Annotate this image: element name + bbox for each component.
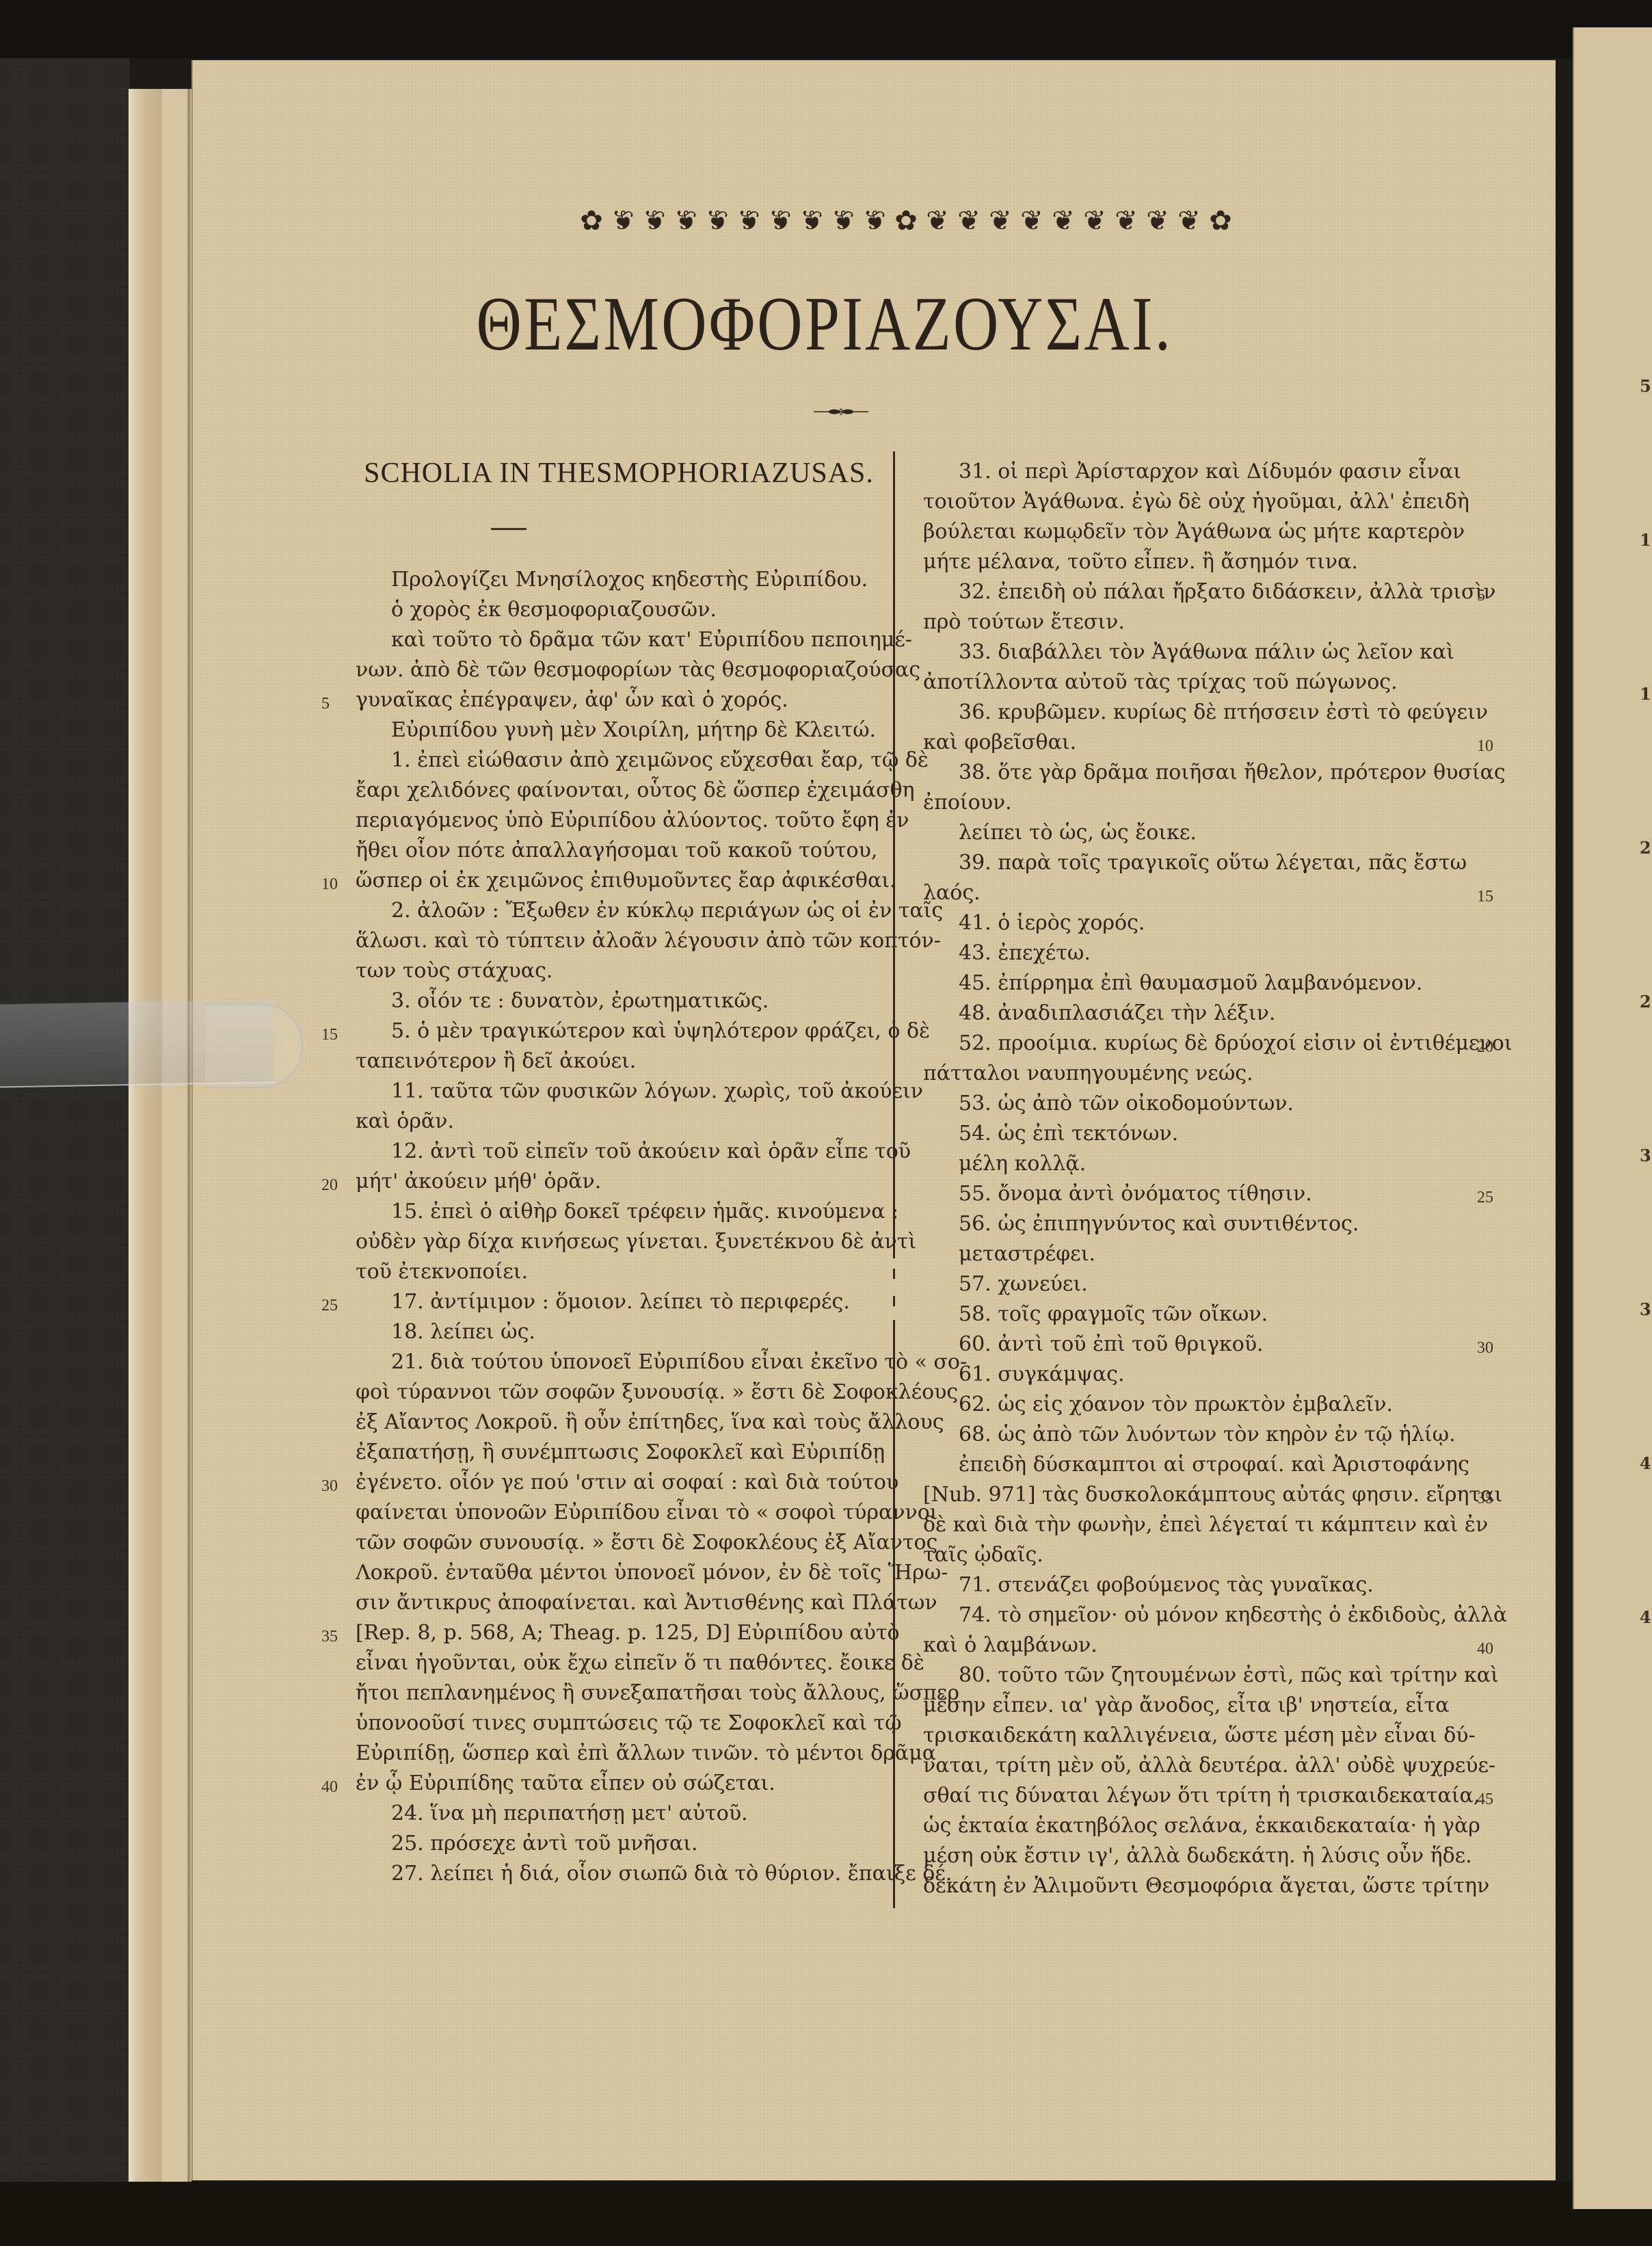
- text-line: 33. διαβάλλει τὸν Ἀγάθωνα πάλιν ὡς λεῖον…: [923, 637, 1470, 668]
- line-number: 10: [321, 875, 338, 894]
- text-line: 24. ἵνα μὴ περιπατήσῃ μετ' αὐτοῦ.: [356, 1799, 896, 1829]
- book-cover-cloth: [0, 0, 130, 2246]
- line-number: 5: [1477, 587, 1485, 605]
- text-line: 45. ἐπίρρημα ἐπὶ θαυμασμοῦ λαμβανόμενον.: [923, 968, 1470, 999]
- text-line: 27. λείπει ἡ διά, οἷον σιωπῶ διὰ τὸ θύρι…: [356, 1859, 896, 1889]
- line-number: 20: [321, 1176, 338, 1195]
- line-number: 40: [1477, 1640, 1493, 1659]
- fleuron-icon: ❦: [985, 205, 1015, 237]
- text-line: σιν ἄντικρυς ἀποφαίνεται. καὶ Ἀντισθένης…: [356, 1588, 896, 1618]
- text-line: 12. ἀντὶ τοῦ εἰπεῖν τοῦ ἀκούειν καὶ ὁρᾶν…: [356, 1137, 896, 1167]
- fleuron-icon: ❦: [1174, 205, 1204, 237]
- text-line: μήτε μέλανα, τοῦτο εἶπεν. ἢ ἄσημόν τινα.: [923, 547, 1470, 577]
- text-line: μέση οὐκ ἔστιν ιγ', ἀλλὰ δωδεκάτη. ἡ λύσ…: [923, 1841, 1470, 1871]
- fleuron-icon: ❦: [1017, 205, 1047, 237]
- fleuron-icon: ❦: [1111, 205, 1141, 237]
- facing-line-number: 35: [1640, 1299, 1652, 1319]
- text-line: καὶ ὁρᾶν.: [356, 1107, 896, 1137]
- text-line: [Rep. 8, p. 568, A; Theag. p. 125, D] Εὐ…: [356, 1618, 896, 1648]
- text-line: 15. ἐπεὶ ὁ αἰθὴρ δοκεῖ τρέφειν ἡμᾶς. κιν…: [356, 1197, 896, 1227]
- text-line: 41. ὁ ἱερὸς χορός.: [923, 908, 1470, 938]
- gutter-line: [191, 60, 193, 2180]
- text-line: πρὸ τούτων ἔτεσιν.: [923, 607, 1470, 637]
- text-line: σθαί τις δύναται λέγων ὅτι τρίτη ἡ τρισκ…: [923, 1781, 1470, 1811]
- text-line: [Nub. 971] τὰς δυσκολοκάμπτους αὐτάς φησ…: [923, 1480, 1470, 1510]
- text-line: δεκάτη ἐν Ἁλιμοῦντι Θεσμοφόρια ἄγεται, ὥ…: [923, 1871, 1470, 1901]
- text-line: τῶν σοφῶν συνουσίᾳ. » ἔστι δὲ Σοφοκλέους…: [356, 1528, 896, 1558]
- text-line: γυναῖκας ἐπέγραψεν, ἀφ' ὧν καὶ ὁ χορός.: [356, 685, 896, 715]
- column-divider: [893, 451, 895, 1258]
- background-shadow-bottom: [0, 2182, 1652, 2246]
- text-line: ἐν ᾧ Εὐριπίδης ταῦτα εἶπεν οὐ σώζεται.: [356, 1769, 896, 1799]
- fleuron-icon: ❦: [860, 205, 890, 237]
- text-line: ἅλωσι. καὶ τὸ τύπτειν ἀλοᾶν λέγουσιν ἀπὸ…: [356, 926, 896, 956]
- fleuron-icon: ❦: [954, 205, 984, 237]
- text-line: φοὶ τύραννοι τῶν σοφῶν ξυνουσίᾳ. » ἔστι …: [356, 1377, 896, 1408]
- text-line: ἐξ Αἴαντος Λοκροῦ. ἢ οὖν ἐπίτηδες, ἵνα κ…: [356, 1408, 896, 1438]
- text-line: 80. τοῦτο τῶν ζητουμένων ἐστὶ, πῶς καὶ τ…: [923, 1661, 1470, 1691]
- line-number: 30: [1477, 1339, 1493, 1358]
- text-line: 21. διὰ τούτου ὑπονοεῖ Εὐριπίδου εἶναι ἐ…: [356, 1347, 896, 1377]
- text-line: ὁ χορὸς ἐκ θεσμοφοριαζουσῶν.: [356, 595, 896, 625]
- fleuron-icon: ❦: [639, 205, 669, 237]
- text-line: 56. ὡς ἐπιπηγνύντος καὶ συντιθέντος.: [923, 1209, 1470, 1239]
- facing-line-number: 30: [1640, 1146, 1652, 1165]
- fleuron-icon: ❦: [765, 205, 795, 237]
- text-line: βούλεται κωμῳδεῖν τὸν Ἀγάθωνα ὡς μήτε κα…: [923, 517, 1470, 547]
- text-line: πάτταλοι ναυπηγουμένης νεώς.: [923, 1059, 1470, 1089]
- text-line: 53. ὡς ἀπὸ τῶν οἰκοδομούντων.: [923, 1089, 1470, 1119]
- text-line: 43. ἐπεχέτω.: [923, 938, 1470, 968]
- line-number: 45: [1477, 1791, 1493, 1809]
- text-line: 74. τὸ σημεῖον· οὐ μόνον κηδεστὴς ὁ ἐκδι…: [923, 1600, 1470, 1630]
- line-number: 25: [321, 1297, 338, 1315]
- text-line: ναται, τρίτη μὲν οὔ, ἀλλὰ δευτέρα. ἀλλ' …: [923, 1751, 1470, 1781]
- text-line: μεταστρέφει.: [923, 1239, 1470, 1269]
- text-line: λαός.: [923, 878, 1470, 908]
- text-line: 61. συγκάμψας.: [923, 1360, 1470, 1390]
- text-line: των τοὺς στάχυας.: [356, 956, 896, 986]
- facing-line-number: 10: [1640, 530, 1652, 550]
- text-line: ἐπειδὴ δύσκαμπτοι αἱ στροφαί. καὶ Ἀριστο…: [923, 1450, 1470, 1480]
- text-line: ὡς ἑκταία ἑκατηβόλος σελάνα, ἑκκαιδεκατα…: [923, 1811, 1470, 1841]
- text-line: περιαγόμενος ὑπὸ Εὐριπίδου ἀλύοντος. τοῦ…: [356, 806, 896, 836]
- line-number: 20: [1477, 1038, 1493, 1057]
- text-line: ὥσπερ οἱ ἐκ χειμῶνος ἐπιθυμοῦντες ἔαρ ἀφ…: [356, 866, 896, 896]
- text-line: τρισκαιδεκάτη καλλιγένεια, ὥστε μέση μὲν…: [923, 1721, 1470, 1751]
- text-line: 62. ὡς εἰς χόανον τὸν πρωκτὸν ἐμβαλεῖν.: [923, 1390, 1470, 1420]
- text-line: 3. οἷόν τε : δυνατὸν, ἐρωτηματικῶς.: [356, 986, 896, 1016]
- text-line: λείπει τὸ ὡς, ὡς ἔοικε.: [923, 818, 1470, 848]
- rosette-icon: ✿: [891, 205, 921, 237]
- rosette-icon: ✿: [576, 205, 607, 237]
- line-number: 25: [1477, 1189, 1493, 1207]
- text-line: οὐδὲν γὰρ δίχα κινήσεως γίνεται. ξυνετέκ…: [356, 1227, 896, 1257]
- fleuron-icon: ❦: [1080, 205, 1110, 237]
- text-line: 38. ὅτε γὰρ δρᾶμα ποιῆσαι ἤθελον, πρότερ…: [923, 758, 1470, 788]
- text-line: 17. ἀντίμιμον : ὅμοιον. λείπει τὸ περιφε…: [356, 1287, 896, 1317]
- facing-line-number: 15: [1640, 684, 1652, 704]
- text-line: Προλογίζει Μνησίλοχος κηδεστὴς Εὐριπίδου…: [356, 565, 896, 595]
- facing-line-number: 45: [1640, 1607, 1652, 1627]
- text-line: μήτ' ἀκούειν μήθ' ὁρᾶν.: [356, 1167, 896, 1197]
- fleuron-icon: ❦: [797, 205, 827, 237]
- text-line: 31. οἱ περὶ Ἀρίσταρχον καὶ Δίδυμόν φασιν…: [923, 457, 1470, 487]
- column-divider: [893, 1320, 895, 1908]
- text-line: 68. ὡς ἀπὸ τῶν λυόντων τὸν κηρὸν ἐν τῷ ἡ…: [923, 1420, 1470, 1450]
- fleuron-icon: ❦: [1048, 205, 1078, 237]
- page-title: ΘΕΣΜΟΦΟΡΙΑΖΟΥΣΑΙ.: [147, 280, 1502, 369]
- text-line: 71. στενάζει φοβούμενος τὰς γυναῖκας.: [923, 1570, 1470, 1600]
- text-line: Εὐριπίδῃ, ὥσπερ καὶ ἐπὶ ἄλλων τινῶν. τὸ …: [356, 1739, 896, 1769]
- text-line: 54. ὡς ἐπὶ τεκτόνων.: [923, 1119, 1470, 1149]
- text-line: 58. τοῖς φραγμοῖς τῶν οἴκων.: [923, 1299, 1470, 1330]
- background-shadow-top: [0, 0, 1652, 58]
- rosette-icon: ✿: [1205, 205, 1236, 237]
- line-number: 35: [1477, 1490, 1493, 1508]
- ornament-band: ✿❦❦❦❦❦❦❦❦❦✿❦❦❦❦❦❦❦❦❦✿: [362, 204, 1450, 238]
- right-column: 31. οἱ περὶ Ἀρίσταρχον καὶ Δίδυμόν φασιν…: [923, 457, 1470, 1901]
- text-line: τοιοῦτον Ἀγάθωνα. ἐγὼ δὲ οὐχ ἡγοῦμαι, ἀλ…: [923, 487, 1470, 517]
- text-line: καὶ τοῦτο τὸ δρᾶμα τῶν κατ' Εὐριπίδου πε…: [356, 625, 896, 655]
- text-line: μέσην εἶπεν. ια' γὰρ ἄνοδος, εἶτα ιβ' νη…: [923, 1691, 1470, 1721]
- left-column: Προλογίζει Μνησίλοχος κηδεστὴς Εὐριπίδου…: [356, 565, 896, 1889]
- text-line: μέλη κολλᾷ.: [923, 1149, 1470, 1179]
- line-number: 35: [321, 1628, 338, 1646]
- text-line: τοῦ ἐτεκνοποίει.: [356, 1257, 896, 1287]
- text-line: 1. ἐπεὶ εἰώθασιν ἀπὸ χειμῶνος εὔχεσθαι ἔ…: [356, 745, 896, 776]
- text-line: δὲ καὶ διὰ τὴν φωνὴν, ἐπεὶ λέγεταί τι κά…: [923, 1510, 1470, 1540]
- text-line: Εὐριπίδου γυνὴ μὲν Χοιρίλη, μήτηρ δὲ Κλε…: [356, 715, 896, 745]
- text-line: καὶ ὁ λαμβάνων.: [923, 1630, 1470, 1661]
- line-number: 40: [321, 1778, 338, 1797]
- facing-line-number: 5: [1640, 376, 1651, 396]
- text-line: εἶναι ἡγοῦνται, οὐκ ἔχω εἰπεῖν ὅ τι παθό…: [356, 1648, 896, 1678]
- text-line: νων. ἀπὸ δὲ τῶν θεσμοφορίων τὰς θεσμοφορ…: [356, 655, 896, 685]
- text-line: ἐξαπατήσῃ, ἢ συνέμπτωσις Σοφοκλεῖ καὶ Εὐ…: [356, 1438, 896, 1468]
- fleuron-icon: ❦: [1143, 205, 1173, 237]
- text-line: Λοκροῦ. ἐνταῦθα μέντοι ὑπονοεῖ μόνον, ἐν…: [356, 1558, 896, 1588]
- text-line: ἤτοι πεπλανημένος ἢ συνεξαπατῆσαι τοὺς ἄ…: [356, 1678, 896, 1708]
- fleuron-icon: ❦: [828, 205, 858, 237]
- text-line: 5. ὁ μὲν τραγικώτερον καὶ ὑψηλότερον φρά…: [356, 1016, 896, 1046]
- line-number: 15: [1477, 888, 1493, 906]
- title-flourish-icon: [814, 408, 868, 415]
- fleuron-icon: ❦: [608, 205, 638, 237]
- text-line: ταπεινότερον ἢ δεῖ ἀκούει.: [356, 1046, 896, 1076]
- fleuron-icon: ❦: [671, 205, 701, 237]
- text-line: 2. ἀλοῶν : Ἔξωθεν ἐν κύκλῳ περιάγων ὡς ο…: [356, 896, 896, 926]
- section-heading: SCHOLIA IN THESMOPHORIAZUSAS.: [342, 457, 896, 490]
- text-line: ταῖς ᾠδαῖς.: [923, 1540, 1470, 1570]
- facing-line-number: 40: [1640, 1453, 1652, 1473]
- text-line: 57. χωνεύει.: [923, 1269, 1470, 1299]
- column-divider: [893, 1269, 895, 1279]
- text-line: ὑπονοοῦσί τινες συμπτώσεις τῷ τε Σοφοκλε…: [356, 1708, 896, 1739]
- text-line: 25. πρόσεχε ἀντὶ τοῦ μνῆσαι.: [356, 1829, 896, 1859]
- text-line: 11. ταῦτα τῶν φυσικῶν λόγων. χωρὶς, τοῦ …: [356, 1076, 896, 1107]
- text-line: καὶ φοβεῖσθαι.: [923, 728, 1470, 758]
- fleuron-icon: ❦: [734, 205, 764, 237]
- page-edges: [129, 89, 191, 2182]
- fleuron-icon: ❦: [702, 205, 732, 237]
- text-line: ἔαρι χελιδόνες φαίνονται, οὗτος δὲ ὥσπερ…: [356, 776, 896, 806]
- facing-line-number: 20: [1640, 838, 1652, 858]
- line-number: 15: [321, 1026, 338, 1044]
- text-line: 48. ἀναδιπλασιάζει τὴν λέξιν.: [923, 999, 1470, 1029]
- text-line: 55. ὄνομα ἀντὶ ὀνόματος τίθησιν.: [923, 1179, 1470, 1209]
- text-line: 52. προοίμια. κυρίως δὲ δρύοχοί εἰσιν οἱ…: [923, 1029, 1470, 1059]
- column-divider: [893, 1296, 895, 1306]
- line-number: 10: [1477, 737, 1493, 756]
- text-line: ἤθει οἷον πότε ἀπαλλαγήσομαι τοῦ κακοῦ τ…: [356, 836, 896, 866]
- facing-line-number: 25: [1640, 992, 1652, 1012]
- text-line: φαίνεται ὑπονοῶν Εὐριπίδου εἶναι τὸ « σο…: [356, 1498, 896, 1528]
- line-number: 5: [321, 695, 330, 713]
- fleuron-icon: ❦: [922, 205, 952, 237]
- line-number: 30: [321, 1477, 338, 1496]
- text-line: 36. κρυβῶμεν. κυρίως δὲ πτήσσειν ἐστὶ τὸ…: [923, 698, 1470, 728]
- text-line: ἀποτίλλοντα αὐτοῦ τὰς τρίχας τοῦ πώγωνος…: [923, 668, 1470, 698]
- text-line: ἐγένετο. οἷόν γε πού 'στιν αἱ σοφαί : κα…: [356, 1468, 896, 1498]
- text-line: 60. ἀντὶ τοῦ ἐπὶ τοῦ θριγκοῦ.: [923, 1330, 1470, 1360]
- facing-page-edge: [1573, 27, 1652, 2209]
- text-line: 18. λείπει ὡς.: [356, 1317, 896, 1347]
- heading-rule: [491, 528, 527, 530]
- text-line: 32. ἐπειδὴ οὐ πάλαι ἤρξατο διδάσκειν, ἀλ…: [923, 577, 1470, 607]
- text-line: 39. παρὰ τοῖς τραγικοῖς οὕτω λέγεται, πᾶ…: [923, 848, 1470, 878]
- clear-bookmark-clip: [0, 1002, 301, 1087]
- text-line: ἐποίουν.: [923, 788, 1470, 818]
